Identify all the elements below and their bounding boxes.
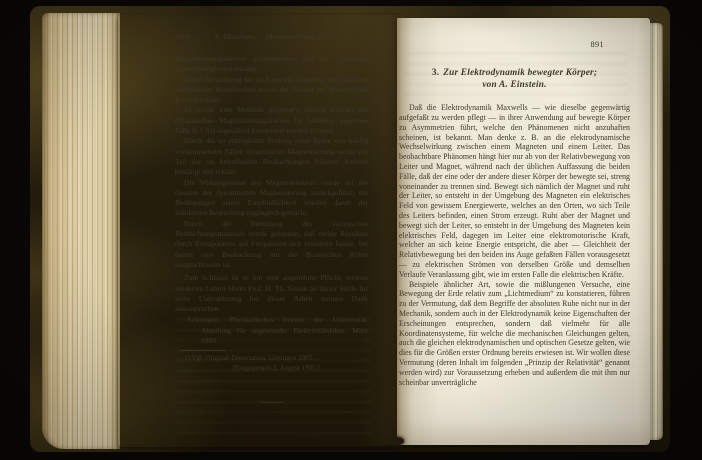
footnote: 1) Vgl. Original-Dissertation, Göttingen… (175, 354, 368, 364)
article-title-line: 3.Zur Elektrodynamik bewegter Körper; (399, 68, 630, 80)
running-header-topic: Magnetisierung etc. (266, 32, 328, 41)
book-photograph: 890 E. Madelung.Magnetisierung etc. Magn… (0, 0, 702, 460)
left-page-text-block: 890 E. Madelung.Magnetisierung etc. Magn… (175, 32, 368, 403)
right-page-body: Daß die Elektrodynamik Maxwells — wie di… (399, 103, 630, 387)
article-paragraph: Daß die Elektrodynamik Maxwells — wie di… (399, 103, 630, 279)
paragraph: Durch die so ermöglichte Prüfung einer R… (175, 136, 368, 177)
article-paragraph: Beispiele ähnlicher Art, sowie die mißlu… (399, 280, 630, 388)
left-page-body: Magnetisierungskurven aufgenommen und ih… (175, 54, 368, 403)
right-page-number: 891 (399, 40, 630, 49)
right-page-text-block: 891 3.Zur Elektrodynamik bewegter Körper… (399, 40, 630, 387)
article-number: 3. (432, 68, 439, 78)
article-title-text: Zur Elektrodynamik bewegter Körper; (443, 68, 597, 78)
signature-line: Göttingen, Physikalisches Institut der U… (175, 315, 368, 346)
left-page-edge-stack (42, 13, 120, 449)
paragraph: Durch die Benutzung des Varleyschen Beob… (175, 219, 368, 270)
paragraph: Magnetisierungskurven aufgenommen und ih… (175, 54, 368, 75)
left-page: 890 E. Madelung.Magnetisierung etc. Magn… (118, 15, 397, 447)
left-running-header: 890 E. Madelung.Magnetisierung etc. (175, 32, 368, 44)
right-page-edge-stack (650, 23, 663, 440)
paragraph: Die Wirkungsweise des Magnetdetektors wu… (175, 178, 368, 219)
footnote-separator-rule (180, 350, 226, 351)
paragraph: Es wurde eine Methode gegeben¹), mittels… (175, 105, 368, 136)
left-page-number: 890 (176, 32, 189, 41)
received-note: (Eingegangen 2. August 1905.) (175, 364, 368, 374)
article-title: 3.Zur Elektrodynamik bewegter Körper; vo… (399, 68, 630, 91)
running-header-author: E. Madelung. (215, 32, 257, 41)
binding-notch (391, 437, 404, 445)
paragraph: Durch Betrachtung der im Eisen bei Änder… (175, 75, 368, 106)
closing-paragraph: Zum Schlusse ist es mir eine angenehme P… (175, 273, 368, 314)
article-end-rule (261, 402, 283, 403)
running-header-text: E. Madelung.Magnetisierung etc. (175, 32, 368, 41)
article-byline: von A. Einstein. (399, 80, 630, 92)
right-page: 891 3.Zur Elektrodynamik bewegter Körper… (397, 18, 650, 445)
